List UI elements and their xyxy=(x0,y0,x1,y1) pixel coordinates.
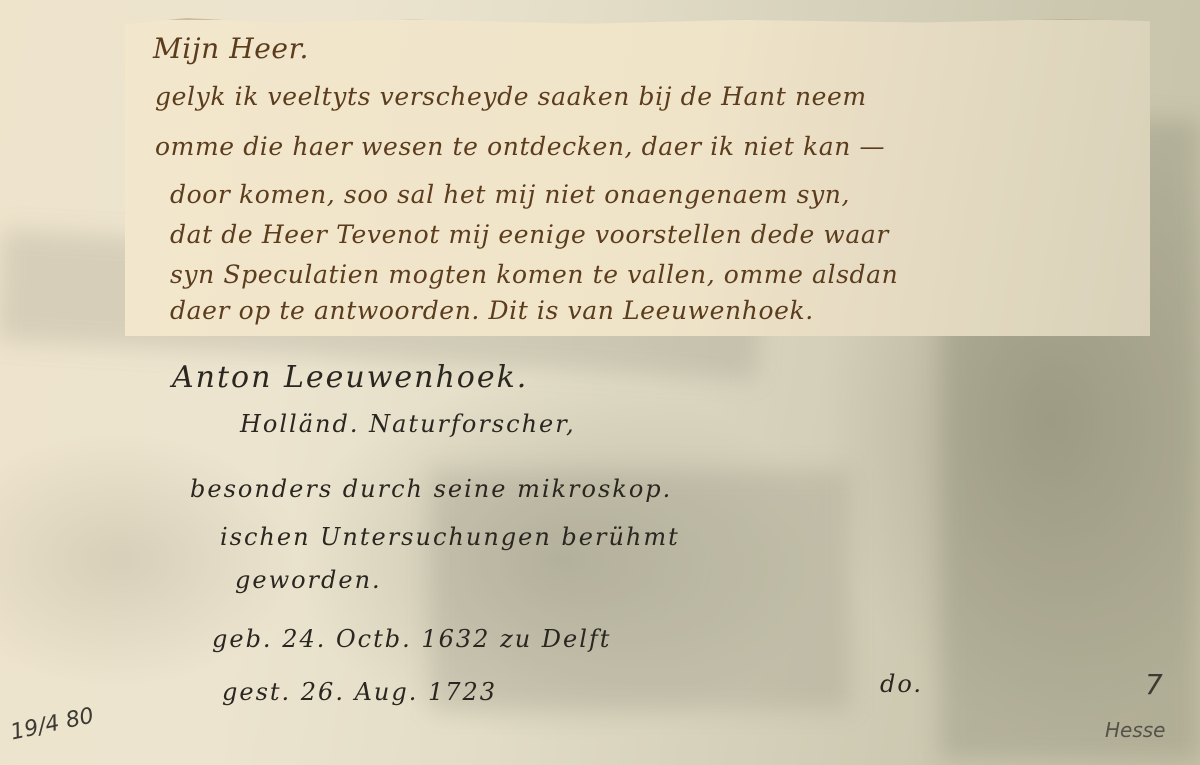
death-line: gest. 26. Aug. 1723 xyxy=(222,678,497,706)
letter-line-signature: daer op te antwoorden. Dit is van Leeuwe… xyxy=(170,296,814,325)
birth-line: geb. 24. Octb. 1632 zu Delft xyxy=(212,625,611,653)
shadow-band xyxy=(430,470,850,710)
letter-line: gelyk ik veeltyts verscheyde saaken bij … xyxy=(155,82,867,111)
album-page: Mijn Heer. gelyk ik veeltyts verscheyde … xyxy=(0,0,1200,765)
caption-name: Anton Leeuwenhoek. xyxy=(172,360,528,395)
letter-line: omme die haer wesen te ontdecken, daer i… xyxy=(155,132,885,161)
salutation: Mijn Heer. xyxy=(153,32,309,65)
letter-line: door komen, soo sal het mij niet onaenge… xyxy=(170,180,850,209)
caption-line: besonders durch seine mikroskop. xyxy=(190,475,672,503)
caption-line: ischen Untersuchungen berühmt xyxy=(220,523,680,551)
collector-signature: Hesse xyxy=(1105,718,1166,742)
page-number: 7 xyxy=(1145,668,1163,701)
caption-line: geworden. xyxy=(235,566,382,594)
letter-line: dat de Heer Tevenot mij eenige voorstell… xyxy=(170,220,889,249)
ditto-mark: do. xyxy=(880,670,923,698)
caption-line: Holländ. Naturforscher, xyxy=(240,410,576,438)
letter-line: syn Speculatien mogten komen te vallen, … xyxy=(170,260,898,289)
date-note: 19/4 80 xyxy=(8,704,96,746)
letter-slip: Mijn Heer. gelyk ik veeltyts verscheyde … xyxy=(125,18,1150,336)
